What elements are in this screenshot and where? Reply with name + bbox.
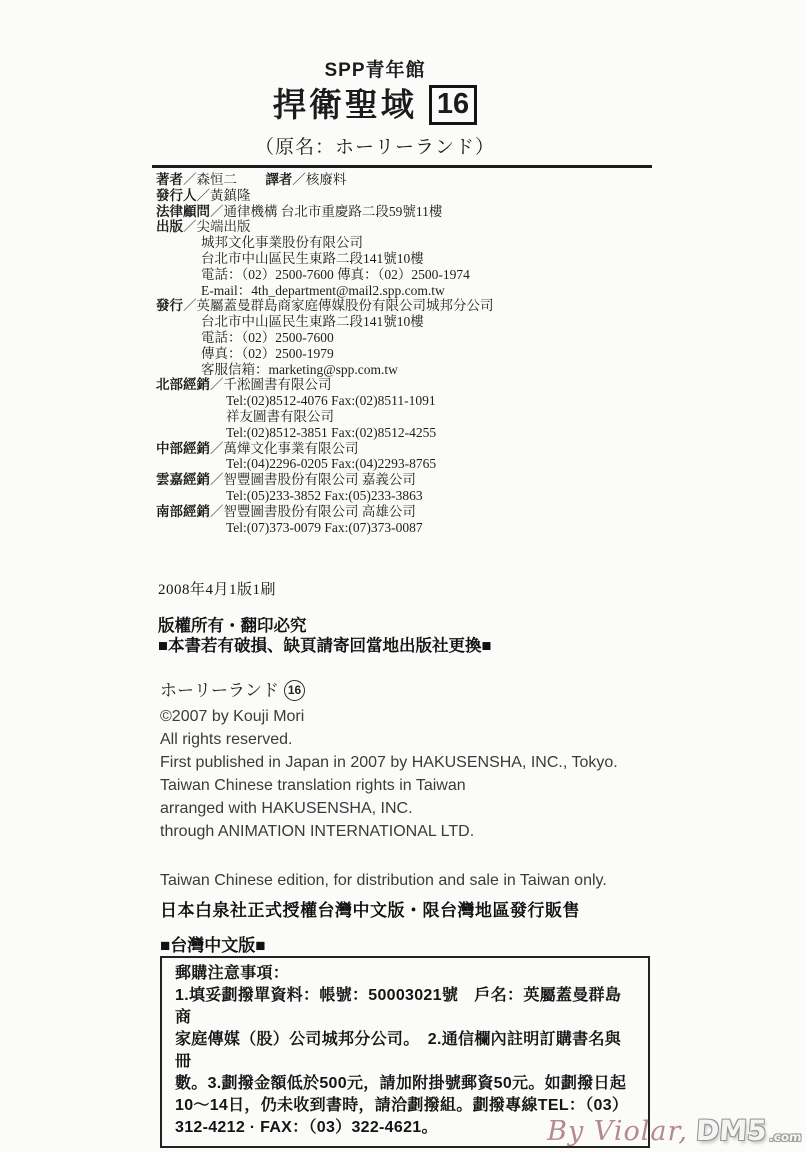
imprint-name: SPP青年館 <box>150 55 600 82</box>
credit-line: 台北市中山區民生東路二段141號10樓 <box>156 314 666 330</box>
credit-line: 祥友圖書有限公司 <box>156 409 666 425</box>
credit-text: ／英屬蓋曼群島商家庭傳媒股份有限公司城邦分公司 <box>183 298 494 313</box>
circled-volume-number: 16 <box>284 680 305 701</box>
credit-text: ／核廢料 <box>292 172 346 187</box>
credit-text: ／通律機構 台北市重慶路二段59號11樓 <box>210 204 442 219</box>
mail-order-line: 郵購注意事項： <box>175 963 635 985</box>
credit-line: 電話：（02）2500-7600 傳真：（02）2500-1974 <box>156 267 666 283</box>
credit-label: 發行人 <box>156 188 197 203</box>
credit-label: 著者 <box>156 172 183 187</box>
credits-block: 著者／森恒二譯者／核廢料發行人／黃鎮隆法律顧問／通律機構 台北市重慶路二段59號… <box>156 172 666 535</box>
mail-order-text: 1.填妥劃撥單資料：帳號：50003021號 戶名：英屬蓋曼群島商 <box>175 987 621 1026</box>
credit-text: 台北市中山區民生東路二段141號10樓 <box>201 251 424 266</box>
credit-line: 傳真：（02）2500-1979 <box>156 346 666 362</box>
mail-order-line: 數。3.劃撥金額低於500元，請加附掛號郵資50元。如劃撥日起 <box>175 1073 635 1095</box>
colophon-page: SPP青年館 捍衛聖域 16 （原名：ホーリーランド） 著者／森恒二譯者／核廢料… <box>0 0 806 1152</box>
credit-text: ／智豐圖書股份有限公司 高雄公司 <box>210 504 416 519</box>
rights-line: ©2007 by Kouji Mori <box>160 705 618 728</box>
taiwan-edition-label: ■台灣中文版■ <box>160 931 266 956</box>
rights-text: First published in Japan in 2007 by HAKU… <box>160 754 618 771</box>
rights-text: through ANIMATION INTERNATIONAL LTD. <box>160 823 474 840</box>
mail-order-line: 家庭傳媒（股）公司城邦分公司。 2.通信欄內註明訂購書名與冊 <box>175 1029 635 1073</box>
credit-line: 雲嘉經銷／智豐圖書股份有限公司 嘉義公司 <box>156 472 666 488</box>
mail-order-text: 家庭傳媒（股）公司城邦分公司。 2.通信欄內註明訂購書名與冊 <box>175 1031 621 1070</box>
watermark-signature: By Violar, <box>547 1116 688 1147</box>
credit-line: 城邦文化事業股份有限公司 <box>156 235 666 251</box>
credit-label: 譯者 <box>265 172 292 187</box>
credit-line: Tel:(02)8512-3851 Fax:(02)8512-4255 <box>156 425 666 441</box>
copyright-text: ■本書若有破損、缺頁請寄回當地出版社更換■ <box>158 637 491 655</box>
rights-text: arranged with HAKUSENSHA, INC. <box>160 800 413 817</box>
credit-text: 電話：（02）2500-7600 傳真：（02）2500-1974 <box>201 267 470 282</box>
credit-text: Tel:(02)8512-4076 Fax:(02)8511-1091 <box>226 393 436 408</box>
credit-line: 電話：（02）2500-7600 <box>156 330 666 346</box>
series-title-text: 捍衛聖域 <box>273 87 417 123</box>
credit-text: 祥友圖書有限公司 <box>226 409 334 424</box>
credit-line: Tel:(07)373-0079 Fax:(07)373-0087 <box>156 520 666 536</box>
volume-number-box: 16 <box>429 85 477 125</box>
credit-label: 法律顧問 <box>156 204 210 219</box>
credit-line: Tel:(02)8512-4076 Fax:(02)8511-1091 <box>156 393 666 409</box>
dm5-logo-suffix: .com <box>767 1131 804 1143</box>
copyright-line: ■本書若有破損、缺頁請寄回當地出版社更換■ <box>158 636 491 656</box>
japanese-title-line: ホーリーランド 16 <box>160 679 618 702</box>
credit-text: 城邦文化事業股份有限公司 <box>201 235 363 250</box>
license-block: Taiwan Chinese edition, for distribution… <box>160 870 607 921</box>
rights-text: ©2007 by Kouji Mori <box>160 708 304 725</box>
rights-line: arranged with HAKUSENSHA, INC. <box>160 797 618 820</box>
rights-block: ホーリーランド 16 ©2007 by Kouji MoriAll rights… <box>160 679 618 843</box>
license-line-chinese: 日本白泉社正式授權台灣中文版・限台灣地區發行販售 <box>160 896 607 921</box>
credit-line: 著者／森恒二譯者／核廢料 <box>156 172 666 188</box>
credit-label: 出版 <box>156 219 183 234</box>
credit-line: 中部經銷／萬燁文化事業有限公司 <box>156 441 666 457</box>
credit-line: 北部經銷／千淞圖書有限公司 <box>156 377 666 393</box>
credit-text: ／智豐圖書股份有限公司 嘉義公司 <box>210 472 416 487</box>
credit-text: Tel:(04)2296-0205 Fax:(04)2293-8765 <box>226 456 436 471</box>
dm5-logo-text: DM5 <box>695 1117 768 1145</box>
print-edition-line: 2008年4月1版1刷 <box>158 578 276 599</box>
copyright-text: 版權所有・翻印必究 <box>158 617 307 635</box>
credit-line: 發行／英屬蓋曼群島商家庭傳媒股份有限公司城邦分公司 <box>156 298 666 314</box>
credit-text: Tel:(07)373-0079 Fax:(07)373-0087 <box>226 520 423 535</box>
credit-line: E-mail：4th_department@mail2.spp.com.tw <box>156 283 666 299</box>
rights-line: First published in Japan in 2007 by HAKU… <box>160 751 618 774</box>
credit-text: ／萬燁文化事業有限公司 <box>210 441 359 456</box>
credit-label: 雲嘉經銷 <box>156 472 210 487</box>
license-line-english: Taiwan Chinese edition, for distribution… <box>160 870 607 892</box>
credit-text: ／黃鎮隆 <box>197 188 251 203</box>
original-title: （原名：ホーリーランド） <box>150 132 600 159</box>
credit-line: 台北市中山區民生東路二段141號10樓 <box>156 251 666 267</box>
credit-text: 台北市中山區民生東路二段141號10樓 <box>201 314 424 329</box>
credit-label: 中部經銷 <box>156 441 210 456</box>
credit-text: Tel:(05)233-3852 Fax:(05)233-3863 <box>226 488 423 503</box>
credit-text: 客服信箱：marketing@spp.com.tw <box>201 362 398 377</box>
horizontal-rule <box>152 165 652 168</box>
credit-line: Tel:(05)233-3852 Fax:(05)233-3863 <box>156 488 666 504</box>
scanlation-watermark: By Violar, DM5 .com <box>547 1110 804 1152</box>
credit-text: 傳真：（02）2500-1979 <box>201 346 334 361</box>
credit-label: 北部經銷 <box>156 377 210 392</box>
credit-text: ／森恒二 <box>183 172 237 187</box>
credit-text: ／千淞圖書有限公司 <box>210 377 332 392</box>
credit-line: 法律顧問／通律機構 台北市重慶路二段59號11樓 <box>156 204 666 220</box>
credit-text: Tel:(02)8512-3851 Fax:(02)8512-4255 <box>226 425 436 440</box>
rights-line: through ANIMATION INTERNATIONAL LTD. <box>160 820 618 843</box>
credit-label: 南部經銷 <box>156 504 210 519</box>
mail-order-text: 312-4212 · FAX：（03）322-4621。 <box>175 1119 438 1136</box>
copyright-line: 版權所有・翻印必究 <box>158 616 491 636</box>
mail-order-text: 郵購注意事項： <box>175 965 289 982</box>
title-block: SPP青年館 捍衛聖域 16 （原名：ホーリーランド） <box>150 55 600 159</box>
credit-line: 出版／尖端出版 <box>156 219 666 235</box>
credit-label: 發行 <box>156 298 183 313</box>
credit-line: Tel:(04)2296-0205 Fax:(04)2293-8765 <box>156 456 666 472</box>
credit-text: ／尖端出版 <box>183 219 251 234</box>
copyright-notice: 版權所有・翻印必究■本書若有破損、缺頁請寄回當地出版社更換■ <box>158 616 491 656</box>
rights-text: All rights reserved. <box>160 731 293 748</box>
credit-line: 發行人／黃鎮隆 <box>156 188 666 204</box>
series-title: 捍衛聖域 16 <box>150 85 600 125</box>
rights-lines: ©2007 by Kouji MoriAll rights reserved.F… <box>160 705 618 843</box>
rights-text: Taiwan Chinese translation rights in Tai… <box>160 777 466 794</box>
dm5-logo: DM5 .com <box>695 1117 805 1145</box>
credit-text: E-mail：4th_department@mail2.spp.com.tw <box>201 283 445 298</box>
rights-line: All rights reserved. <box>160 728 618 751</box>
japanese-title-text: ホーリーランド <box>160 679 279 702</box>
credit-line: 客服信箱：marketing@spp.com.tw <box>156 362 666 378</box>
mail-order-text: 數。3.劃撥金額低於500元，請加附掛號郵資50元。如劃撥日起 <box>175 1075 626 1092</box>
rights-line: Taiwan Chinese translation rights in Tai… <box>160 774 618 797</box>
mail-order-line: 1.填妥劃撥單資料：帳號：50003021號 戶名：英屬蓋曼群島商 <box>175 985 635 1029</box>
credit-line: 南部經銷／智豐圖書股份有限公司 高雄公司 <box>156 504 666 520</box>
credit-text: 電話：（02）2500-7600 <box>201 330 334 345</box>
